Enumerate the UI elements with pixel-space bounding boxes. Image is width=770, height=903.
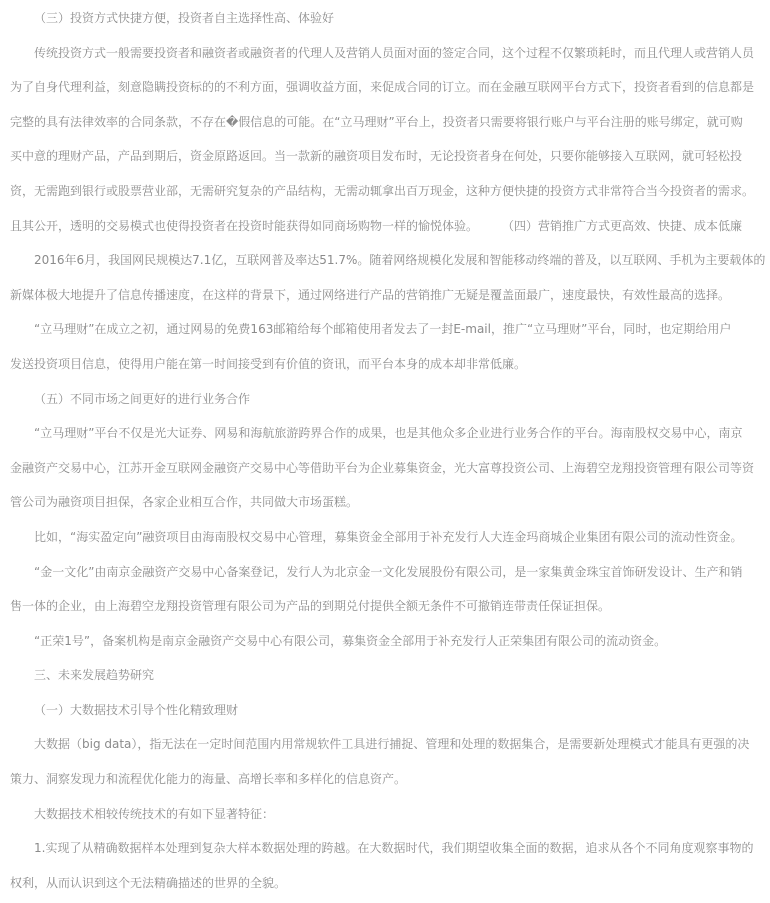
text-line: 且其公开，透明的交易模式也使得投资者在投资时能获得如同商场购物一样的愉悦体验。 …: [10, 209, 764, 244]
text-line: 金融资产交易中心，江苏开金互联网金融资产交易中心等借助平台为企业募集资金，光大富…: [10, 451, 764, 486]
text-line: 为了自身代理利益，刻意隐瞒投资标的的不利方面，强调收益方面，来促成合同的订立。而…: [10, 70, 764, 105]
text-line: 策力、洞察发现力和流程优化能力的海量、高增长率和多样化的信息资产。: [10, 762, 764, 797]
text-line: 大数据（big data），指无法在一定时间范围内用常规软件工具进行捕捉、管理和…: [10, 727, 764, 762]
text-line: 三、未来发展趋势研究: [10, 658, 764, 693]
text-line: “立马理财”平台不仅是光大证券、网易和海航旅游跨界合作的成果，也是其他众多企业进…: [10, 416, 764, 451]
document-page: （三）投资方式快捷方便，投资者自主选择性高、体验好传统投资方式一般需要投资者和融…: [0, 0, 770, 903]
text-line: 发送投资项目信息，使得用户能在第一时间接受到有价值的资讯，而平台本身的成本却非常…: [10, 347, 764, 382]
text-line: 2016年6月，我国网民规模达7.1亿，互联网普及率达51.7%。随着网络规模化…: [10, 243, 764, 278]
text-line: （五）不同市场之间更好的进行业务合作: [10, 382, 764, 417]
text-line: “立马理财”在成立之初，通过网易的免费163邮箱给每个邮箱使用者发去了一封E-m…: [10, 312, 764, 347]
text-line: 管公司为融资项目担保，各家企业相互合作，共同做大市场蛋糕。: [10, 485, 764, 520]
text-line: （三）投资方式快捷方便，投资者自主选择性高、体验好: [10, 1, 764, 36]
text-line: 完整的具有法律效率的合同条款，不存在�假信息的可能。在“立马理财”平台上，投资者…: [10, 105, 764, 140]
text-line: 传统投资方式一般需要投资者和融资者或融资者的代理人及营销人员面对面的签定合同，这…: [10, 36, 764, 71]
text-line: “金一文化”由南京金融资产交易中心备案登记，发行人为北京金一文化发展股份有限公司…: [10, 555, 764, 590]
text-line: （一）大数据技术引导个性化精致理财: [10, 693, 764, 728]
text-line: 大数据技术相较传统技术的有如下显著特征：: [10, 797, 764, 832]
text-line: 买中意的理财产品，产品到期后，资金原路返回。当一款新的融资项目发布时，无论投资者…: [10, 139, 764, 174]
text-line: 资，无需跑到银行或股票营业部，无需研究复杂的产品结构，无需动辄拿出百万现金，这种…: [10, 174, 764, 209]
text-line: 售一体的企业，由上海碧空龙翔投资管理有限公司为产品的到期兑付提供全额无条件不可撤…: [10, 589, 764, 624]
text-line: 比如，“海实盈定向”融资项目由海南股权交易中心管理，募集资金全部用于补充发行人大…: [10, 520, 764, 555]
text-line: 1.实现了从精确数据样本处理到复杂大样本数据处理的跨越。在大数据时代，我们期望收…: [10, 831, 764, 866]
text-line: “正荣1号”，备案机构是南京金融资产交易中心有限公司，募集资金全部用于补充发行人…: [10, 624, 764, 659]
text-line: 新媒体极大地提升了信息传播速度，在这样的背景下，通过网络进行产品的营销推广无疑是…: [10, 278, 764, 313]
text-line: 权利，从而认识到这个无法精确描述的世界的全貌。: [10, 866, 764, 901]
